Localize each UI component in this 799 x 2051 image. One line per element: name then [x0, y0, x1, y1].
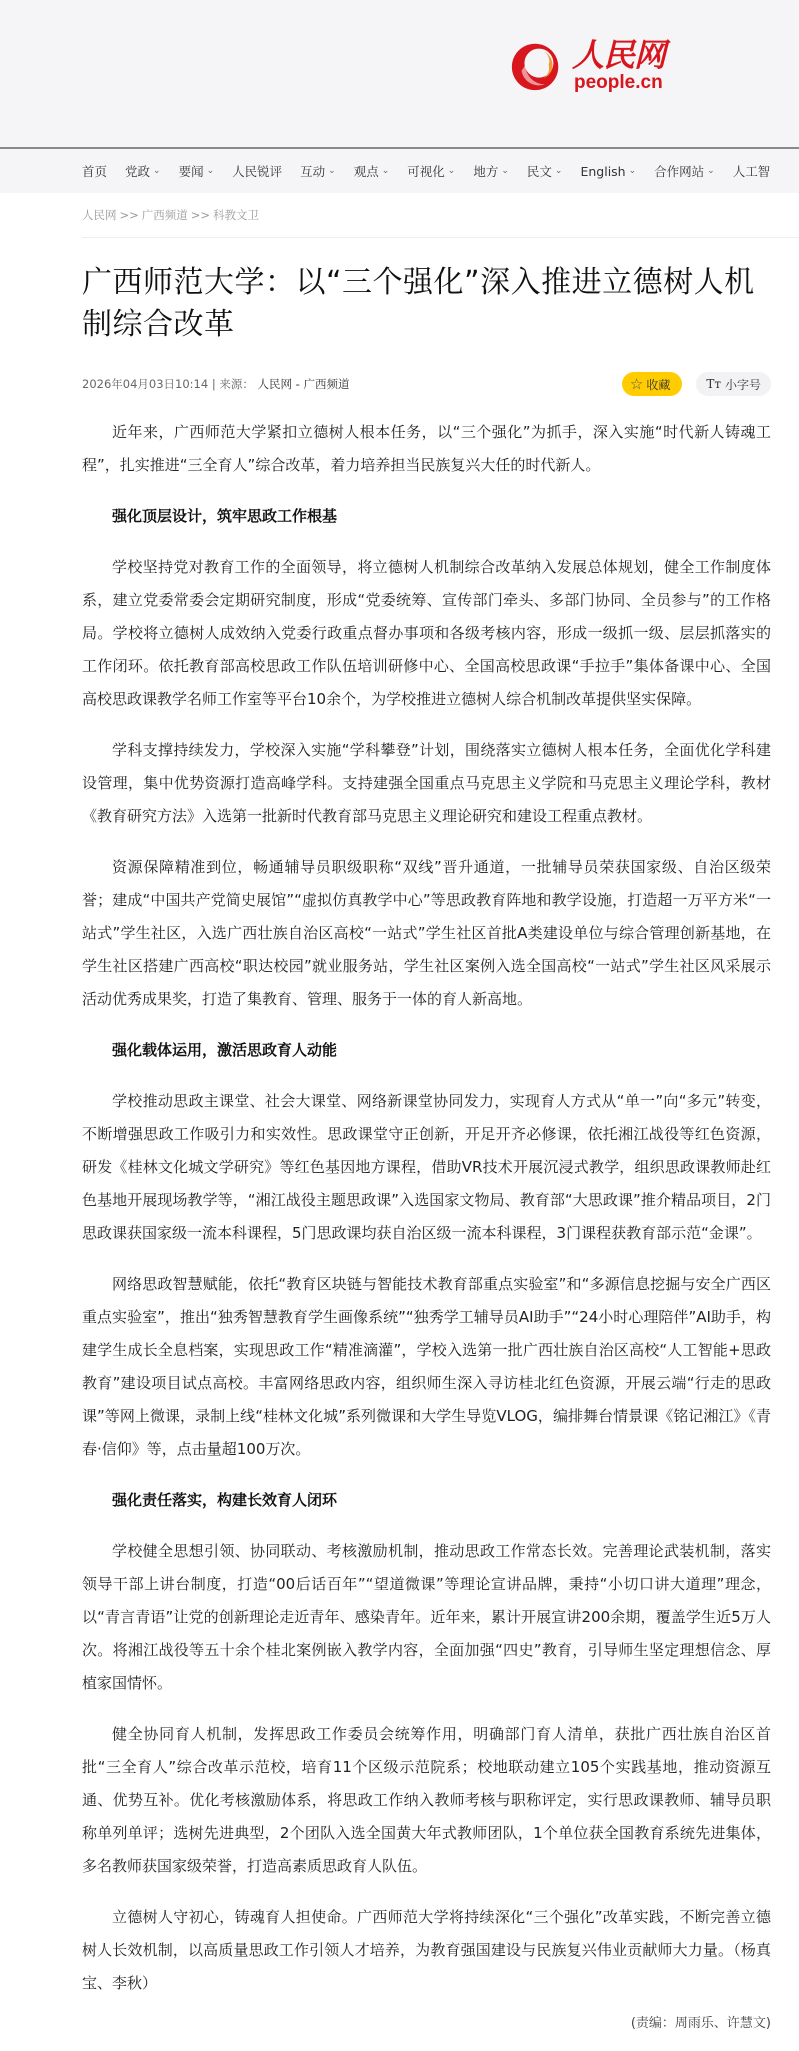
logo-domain-text: people.cn	[574, 73, 663, 93]
source-label: 来源：	[219, 377, 254, 391]
nav-item-label: English	[580, 164, 625, 179]
chevron-down-icon: ⌄	[629, 166, 637, 176]
article-info: 2026年04月03日10:14 | 来源： 人民网 - 广西频道	[82, 376, 622, 392]
breadcrumb-link-1[interactable]: 广西频道	[142, 208, 188, 222]
paragraph: 学校坚持党对教育工作的全面领导，将立德树人机制综合改革纳入发展总体规划，健全工作…	[82, 551, 771, 716]
paragraph: 学科支撑持续发力，学校深入实施“学科攀登”计划，围绕落实立德树人根本任务，全面优…	[82, 734, 771, 833]
font-size-label: 小字号	[725, 376, 761, 393]
nav-item-label: 党政	[125, 162, 150, 180]
nav-item-label: 民文	[527, 162, 552, 180]
paragraph: 近年来，广西师范大学紧扣立德树人根本任务，以“三个强化”为抓手，深入实施“时代新…	[82, 416, 771, 482]
article-title: 广西师范大学：以“三个强化”深入推进立德树人机制综合改革	[82, 262, 771, 346]
people-cn-logo[interactable]: 人民网 people.cn	[508, 30, 688, 100]
article-body: 近年来，广西师范大学紧扣立德树人根本任务，以“三个强化”为抓手，深入实施“时代新…	[82, 416, 771, 2000]
nav-item-5[interactable]: 观点⌄	[354, 162, 390, 180]
logo-swirl-icon	[508, 36, 566, 94]
breadcrumb-link-0[interactable]: 人民网	[82, 208, 117, 222]
breadcrumb-separator: >>	[191, 208, 210, 222]
chevron-down-icon: ⌄	[555, 166, 563, 176]
site-header: 人民网 people.cn	[0, 0, 799, 149]
favorite-label: 收藏	[646, 376, 670, 393]
section-heading: 强化载体运用，激活思政育人动能	[82, 1034, 771, 1067]
nav-item-label: 地方	[473, 162, 498, 180]
section-heading: 强化顶层设计，筑牢思政工作根基	[82, 500, 771, 533]
nav-item-label: 人工智	[733, 162, 771, 180]
publish-datetime: 2026年04月03日10:14	[82, 377, 208, 391]
nav-item-label: 首页	[82, 162, 107, 180]
paragraph: 学校推动思政主课堂、社会大课堂、网络新课堂协同发力，实现育人方式从“单一”向“多…	[82, 1085, 771, 1250]
chevron-down-icon: ⌄	[448, 166, 456, 176]
paragraph: 立德树人守初心，铸魂育人担使命。广西师范大学将持续深化“三个强化”改革实践，不断…	[82, 1901, 771, 2000]
paragraph: 健全协同育人机制，发挥思政工作委员会统筹作用，明确部门育人清单，获批广西壮族自治…	[82, 1718, 771, 1883]
chevron-down-icon: ⌄	[207, 166, 215, 176]
editor-credit: (责编：周雨乐、许慧文)	[82, 2012, 771, 2051]
nav-item-2[interactable]: 要闻⌄	[179, 162, 215, 180]
paragraph: 学校健全思想引领、协同联动、考核激励机制，推动思政工作常态长效。完善理论武装机制…	[82, 1535, 771, 1700]
logo-chinese-text: 人民网	[572, 37, 665, 73]
nav-item-label: 可视化	[407, 162, 445, 180]
nav-item-1[interactable]: 党政⌄	[125, 162, 161, 180]
nav-item-label: 观点	[354, 162, 379, 180]
paragraph: 网络思政智慧赋能，依托“教育区块链与智能技术教育部重点实验室”和“多源信息挖掘与…	[82, 1268, 771, 1466]
nav-item-7[interactable]: 地方⌄	[473, 162, 509, 180]
nav-item-8[interactable]: 民文⌄	[527, 162, 563, 180]
nav-item-11[interactable]: 人工智	[733, 162, 771, 180]
section-heading: 强化责任落实，构建长效育人闭环	[82, 1484, 771, 1517]
nav-item-label: 合作网站	[654, 162, 704, 180]
nav-item-label: 互动	[300, 162, 325, 180]
chevron-down-icon: ⌄	[328, 166, 336, 176]
star-icon: ☆	[630, 375, 643, 393]
breadcrumb-divider	[82, 237, 799, 238]
breadcrumb: 人民网>>广西频道>>科教文卫	[0, 193, 799, 237]
favorite-button[interactable]: ☆ 收藏	[622, 372, 682, 396]
nav-item-label: 人民锐评	[232, 162, 282, 180]
chevron-down-icon: ⌄	[382, 166, 390, 176]
paragraph: 资源保障精准到位，畅通辅导员职级职称“双线”晋升通道，一批辅导员荣获国家级、自治…	[82, 851, 771, 1016]
nav-item-0[interactable]: 首页	[82, 162, 107, 180]
breadcrumb-link-2[interactable]: 科教文卫	[213, 208, 259, 222]
main-nav: 首页党政⌄要闻⌄人民锐评互动⌄观点⌄可视化⌄地方⌄民文⌄English⌄合作网站…	[0, 149, 799, 193]
nav-item-3[interactable]: 人民锐评	[232, 162, 282, 180]
nav-item-10[interactable]: 合作网站⌄	[654, 162, 715, 180]
font-size-button[interactable]: Tт 小字号	[696, 372, 771, 396]
nav-item-4[interactable]: 互动⌄	[300, 162, 336, 180]
chevron-down-icon: ⌄	[501, 166, 509, 176]
article: 广西师范大学：以“三个强化”深入推进立德树人机制综合改革 2026年04月03日…	[0, 262, 799, 2051]
breadcrumb-separator: >>	[120, 208, 139, 222]
source-link[interactable]: 人民网 - 广西频道	[258, 377, 350, 391]
nav-item-6[interactable]: 可视化⌄	[407, 162, 455, 180]
chevron-down-icon: ⌄	[707, 166, 715, 176]
nav-item-9[interactable]: English⌄	[580, 164, 636, 179]
font-size-icon: Tт	[706, 377, 721, 391]
nav-item-label: 要闻	[179, 162, 204, 180]
article-meta: 2026年04月03日10:14 | 来源： 人民网 - 广西频道 ☆ 收藏 T…	[82, 372, 771, 396]
chevron-down-icon: ⌄	[153, 166, 161, 176]
